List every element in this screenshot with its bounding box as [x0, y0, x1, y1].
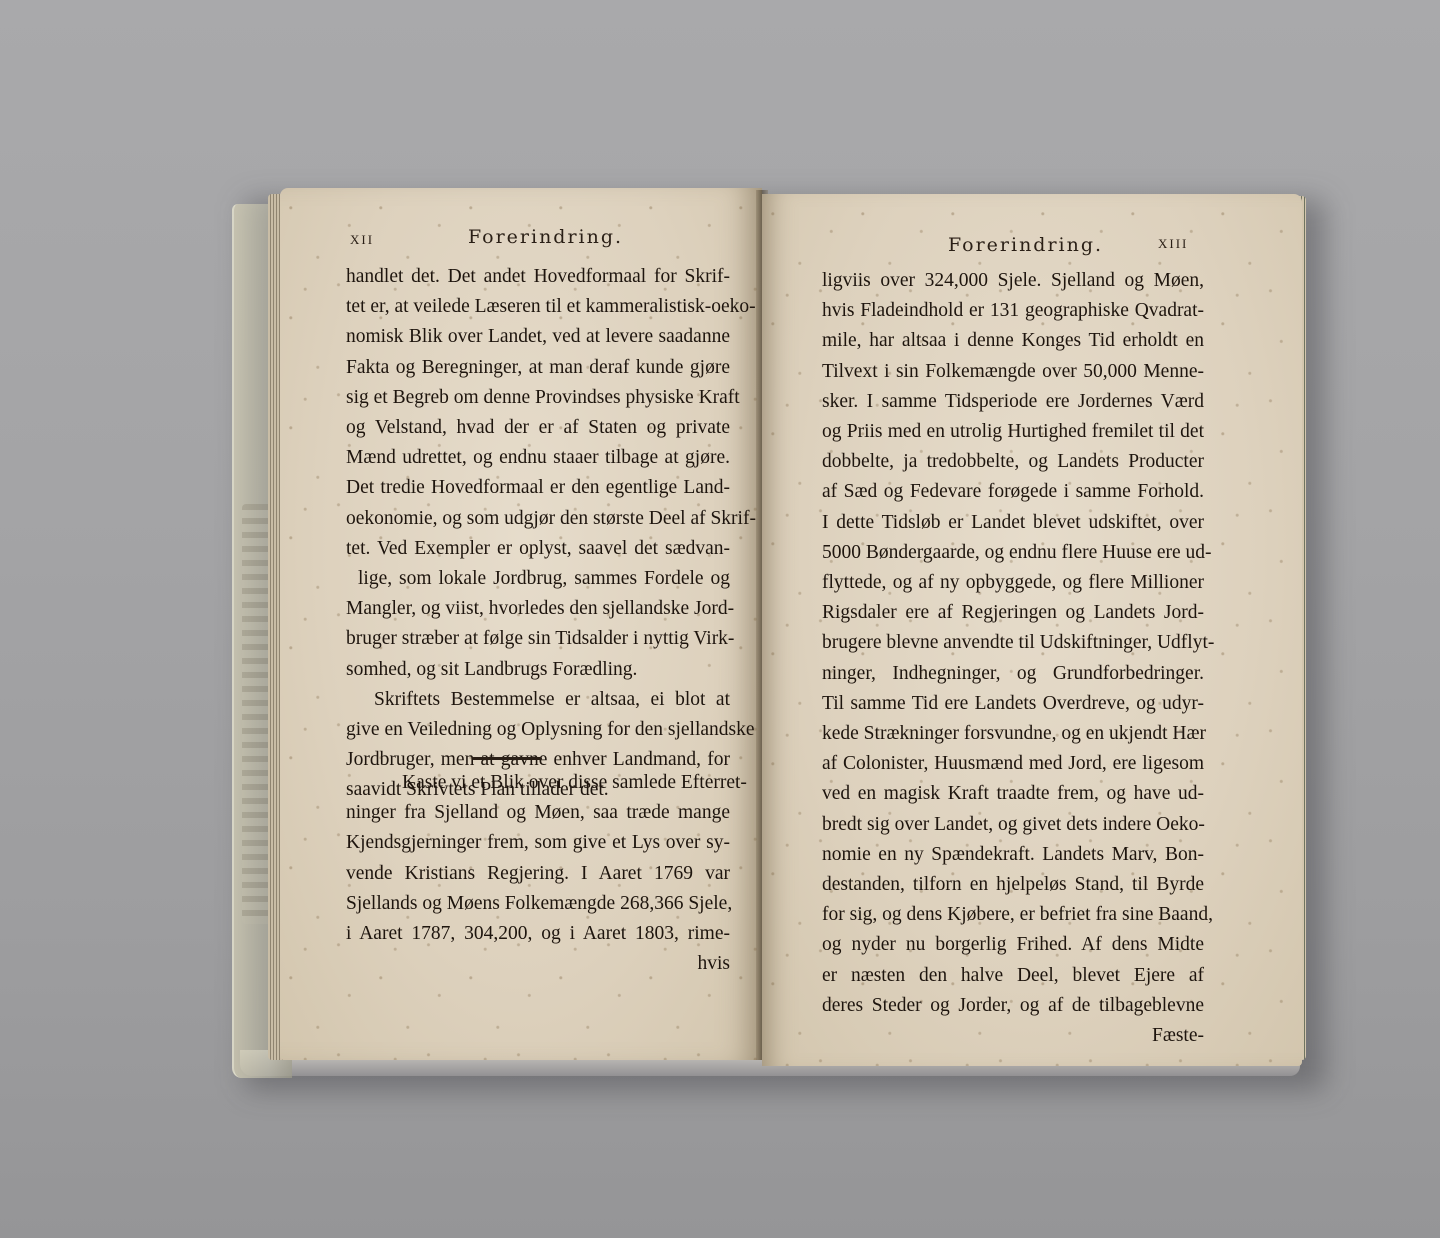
text-line: ligviis over 324,000 Sjele. Sjelland og …	[822, 266, 1204, 296]
text-line: i Aaret 1787, 304,200, og i Aaret 1803, …	[346, 919, 730, 949]
catchword: Fæste-	[822, 1021, 1204, 1051]
text-line: Det tredie Hovedformaal er den egentlige…	[346, 473, 730, 503]
left-page: XII Forerindring. handlet det. Det andet…	[280, 188, 762, 1060]
catchword: hvis	[346, 949, 730, 979]
text-line: og Velstand, hvad der er af Staten og pr…	[346, 413, 730, 443]
text-line: og nyder nu borgerlig Frihed. Af dens Mi…	[822, 930, 1204, 960]
page-number: XII	[350, 232, 374, 248]
text-line: er næsten den halve Deel, blevet Ejere a…	[822, 961, 1204, 991]
text-line: af Sæd og Fedevare forøgede i samme Forh…	[822, 477, 1204, 507]
text-line: Mænd udrettet, og endnu staaer tilbage a…	[346, 443, 730, 473]
text-line: tet. Ved Exempler er oplyst, saavel det …	[346, 534, 730, 564]
text-line: lige, som lokale Jordbrug, sammes Fordel…	[346, 564, 730, 594]
text-line: Rigsdaler ere af Regjeringen og Landets …	[822, 598, 1204, 628]
text-line: sig et Begreb om denne Provindses physis…	[346, 383, 730, 413]
text-line: nomie en ny Spændekraft. Landets Marv, B…	[822, 840, 1204, 870]
text-line: destanden, tilforn en hjelpeløs Stand, t…	[822, 870, 1204, 900]
text-line: somhed, og sit Landbrugs Forædling.	[346, 655, 730, 685]
text-line: sker. I samme Tidsperiode ere Jordernes …	[822, 387, 1204, 417]
right-page: Forerindring. XIII ligviis over 324,000 …	[762, 194, 1302, 1066]
section-divider-rule	[472, 757, 542, 760]
text-line: nomisk Blik over Landet, ved at levere s…	[346, 322, 730, 352]
text-line: for sig, og dens Kjøbere, er befriet fra…	[822, 900, 1204, 930]
text-line: bruger stræber at følge sin Tidsalder i …	[346, 624, 730, 654]
text-line: Kaste vi et Blik over disse samlede Efte…	[346, 768, 730, 798]
text-line: oekonomie, og som udgjør den største Dee…	[346, 504, 730, 534]
paragraph-upper: handlet det. Det andet Hovedformaal for …	[346, 262, 730, 806]
text-line: af Colonister, Huusmænd med Jord, ere li…	[822, 749, 1204, 779]
text-line: og Priis med en utrolig Hurtighed fremil…	[822, 417, 1204, 447]
photo-scene: XII Forerindring. handlet det. Det andet…	[0, 0, 1440, 1238]
text-line: Sjellands og Møens Folkemængde 268,366 S…	[346, 889, 730, 919]
text-line: give en Veiledning og Oplysning for den …	[346, 715, 730, 745]
text-line: ninger, Indhegninger, og Grundforbedring…	[822, 659, 1204, 689]
paragraph-lower: Kaste vi et Blik over disse samlede Efte…	[346, 768, 730, 979]
text-line: handlet det. Det andet Hovedformaal for …	[346, 262, 730, 292]
text-line: Kjendsgjerninger frem, som give et Lys o…	[346, 828, 730, 858]
text-line: Fakta og Beregninger, at man deraf kunde…	[346, 353, 730, 383]
text-line: brugere blevne anvendte til Udskiftninge…	[822, 628, 1204, 658]
text-line: 5000 Bøndergaarde, og endnu flere Huuse …	[822, 538, 1204, 568]
text-line: ved en magisk Kraft traadte frem, og hav…	[822, 779, 1204, 809]
text-line: Tilvext i sin Folkemængde over 50,000 Me…	[822, 357, 1204, 387]
text-line: tet er, at veilede Læseren til et kammer…	[346, 292, 730, 322]
text-line: dobbelte, ja tredobbelte, og Landets Pro…	[822, 447, 1204, 477]
page-number: XIII	[1158, 236, 1188, 252]
right-page-body: ligviis over 324,000 Sjele. Sjelland og …	[822, 266, 1204, 1051]
text-line: bredt sig over Landet, og givet dets ind…	[822, 810, 1204, 840]
running-head: Forerindring.	[468, 226, 623, 248]
text-line: mile, har altsaa i denne Konges Tid erho…	[822, 326, 1204, 356]
text-line: I dette Tidsløb er Landet blevet udskift…	[822, 508, 1204, 538]
running-head: Forerindring.	[948, 234, 1103, 256]
text-line: vende Kristians Regjering. I Aaret 1769 …	[346, 859, 730, 889]
text-line: flyttede, og af ny opbyggede, og flere M…	[822, 568, 1204, 598]
text-line: Skriftets Bestemmelse er altsaa, ei blot…	[346, 685, 730, 715]
text-line: deres Steder og Jorder, og af de tilbage…	[822, 991, 1204, 1021]
text-line: Til samme Tid ere Landets Overdreve, og …	[822, 689, 1204, 719]
text-line: hvis Fladeindhold er 131 geographiske Qv…	[822, 296, 1204, 326]
text-line: Mangler, og viist, hvorledes den sjellan…	[346, 594, 730, 624]
text-line: kede Strækninger forsvundne, og en ukjen…	[822, 719, 1204, 749]
text-line: ninger fra Sjelland og Møen, saa træde m…	[346, 798, 730, 828]
